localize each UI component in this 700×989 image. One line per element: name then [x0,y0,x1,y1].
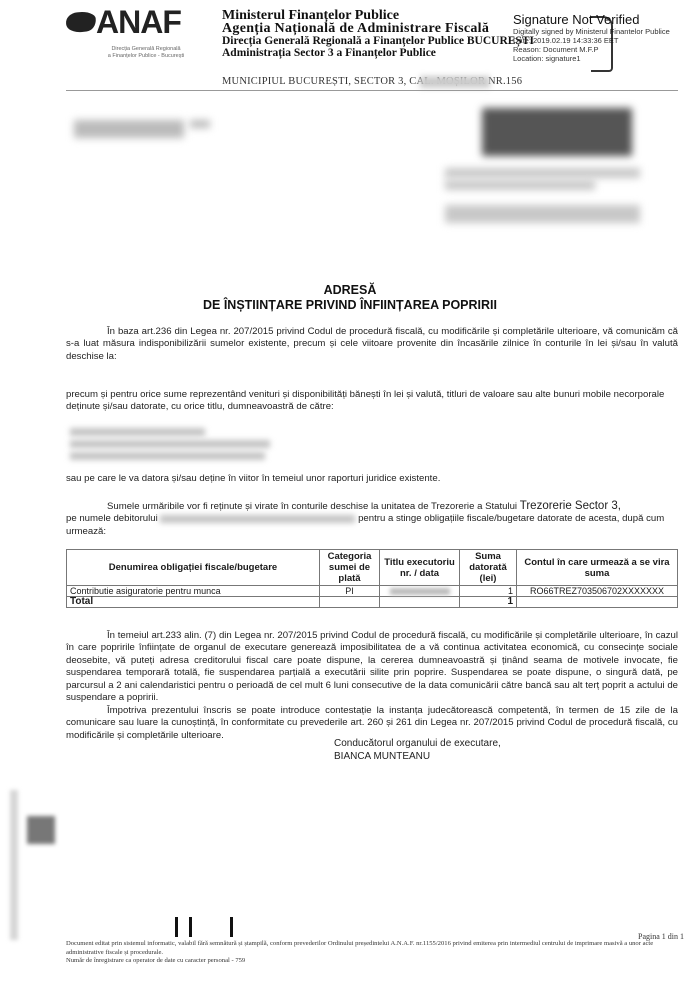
redacted-bank-2 [70,440,270,448]
col-header-account: Contul în care urmează a se vira suma [517,550,678,586]
table-total-row: Total 1 [67,597,678,608]
redacted-address-extra [420,76,490,88]
redacted-recipient-line-3 [445,205,640,223]
col-header-category: Categoria sumei de plată [320,550,380,586]
redacted-recipient-logo [482,108,632,156]
romania-map-icon [65,10,97,33]
document-title: ADRESĂ [0,283,700,298]
treasury-unit: Trezorerie Sector 3, [520,500,621,512]
redacted-recipient-line-2 [445,180,595,190]
treasury-line-1: Sumele urmăribile vor fi reținute și vir… [66,500,678,513]
treasury-line-2: pe numele debitorului pentru a stinge ob… [66,513,678,538]
col-header-amount: Suma datorată (lei) [460,550,517,586]
footer-note-legal: Document editat prin sistemul informatic… [66,940,686,957]
cell-obligation: Contributie asiguratorie pentru munca [67,586,320,597]
cell-category: PI [320,586,380,597]
total-empty-1 [320,597,380,608]
header-divider [66,90,678,91]
cell-amount: 1 [460,586,517,597]
cell-title [380,586,460,597]
print-mark-1 [175,917,178,937]
redacted-bank-3 [70,452,265,460]
anaf-logo: ANAF Direcția Generală Regională a Finan… [66,8,216,58]
total-empty-2 [380,597,460,608]
table-row: Contributie asiguratorie pentru munca PI… [67,586,678,597]
table-header-row: Denumirea obligației fiscale/bugetare Ca… [67,550,678,586]
signer-role: Conducătorul organului de executare, [334,737,501,750]
redacted-reference-extra [190,120,210,128]
print-mark-2 [189,917,192,937]
obligations-table: Denumirea obligației fiscale/bugetare Ca… [66,549,678,608]
redacted-bank-1 [70,428,205,436]
total-empty-3 [517,597,678,608]
logo-subtitle: Direcția Generală Regională a Finanțelor… [86,46,206,60]
signer-block: Conducătorul organului de executare, BIA… [334,737,501,763]
logo-subtitle-line-1: Direcția Generală Regională [86,46,206,53]
treasury-text: Sumele urmăribile vor fi reținute și vir… [107,501,517,512]
header-administration: Administrația Sector 3 a Finanțelor Publ… [222,47,534,59]
digital-signature-box[interactable]: Signature Not Verified Digitally signed … [513,12,698,72]
footer-note-registration: Număr de înregistrare ca operator de dat… [66,957,686,966]
total-label: Total [67,597,320,608]
print-mark-3 [230,917,233,937]
redacted-debtor-name [160,515,355,523]
col-header-obligation: Denumirea obligației fiscale/bugetare [67,550,320,586]
paragraph-future-obligations: sau pe care le va datora și/sau deține î… [66,473,678,485]
debtor-label: pe numele debitorului [66,513,158,524]
institution-header: Ministerul Finanțelor Publice Agenția Na… [222,9,534,59]
redacted-title-number [390,588,450,595]
logo-text: ANAF [96,4,181,40]
signature-mark-icon [591,16,613,72]
col-header-title: Titlu executoriu nr. / data [380,550,460,586]
footer-notes: Document editat prin sistemul informatic… [66,940,686,966]
total-value: 1 [460,597,517,608]
header-directorate: Direcția Generală Regională a Finanțelor… [222,35,534,47]
cell-account: RO66TREZ703506702XXXXXXX [517,586,678,597]
redacted-recipient-line-1 [445,168,640,178]
redacted-reference [74,120,184,138]
qr-code-icon [27,816,55,844]
side-barcode-strip [10,790,18,940]
paragraph-suspension: În temeiul art.233 alin. (7) din Legea n… [66,630,678,704]
paragraph-treasury: Sumele urmăribile vor fi reținute și vir… [66,500,678,538]
paragraph-legal-basis: În baza art.236 din Legea nr. 207/2015 p… [66,326,678,363]
document-subtitle: DE ÎNȘTIINȚARE PRIVIND ÎNFIINȚAREA POPRI… [0,298,700,313]
paragraph-scope: precum și pentru orice sume reprezentând… [66,389,678,414]
header-agency: Agenția Națională de Administrare Fiscal… [222,22,534,35]
signer-name: BIANCA MUNTEANU [334,750,501,763]
logo-subtitle-line-2: a Finanțelor Publice - București [86,53,206,60]
